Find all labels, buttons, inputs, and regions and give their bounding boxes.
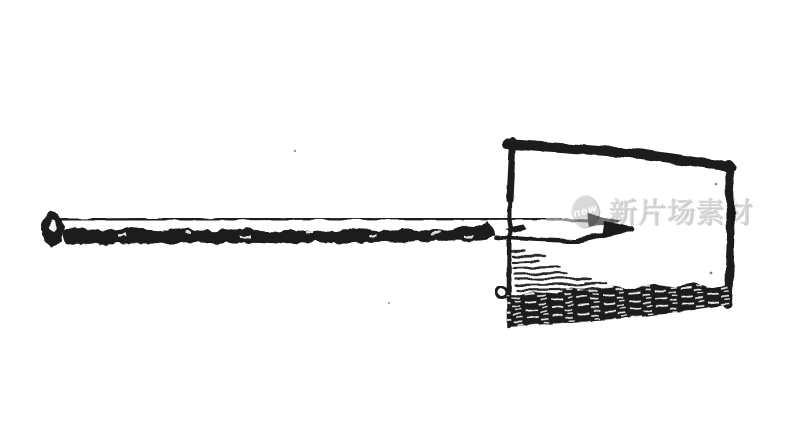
spade-illustration	[0, 0, 800, 428]
blade-hatching	[510, 251, 606, 290]
handle-shading	[63, 222, 497, 244]
stock-image-canvas: new 新片场素材	[0, 0, 800, 428]
blade-eyelet	[497, 288, 508, 299]
spade-handle	[42, 212, 635, 247]
paper-specks	[294, 150, 718, 304]
